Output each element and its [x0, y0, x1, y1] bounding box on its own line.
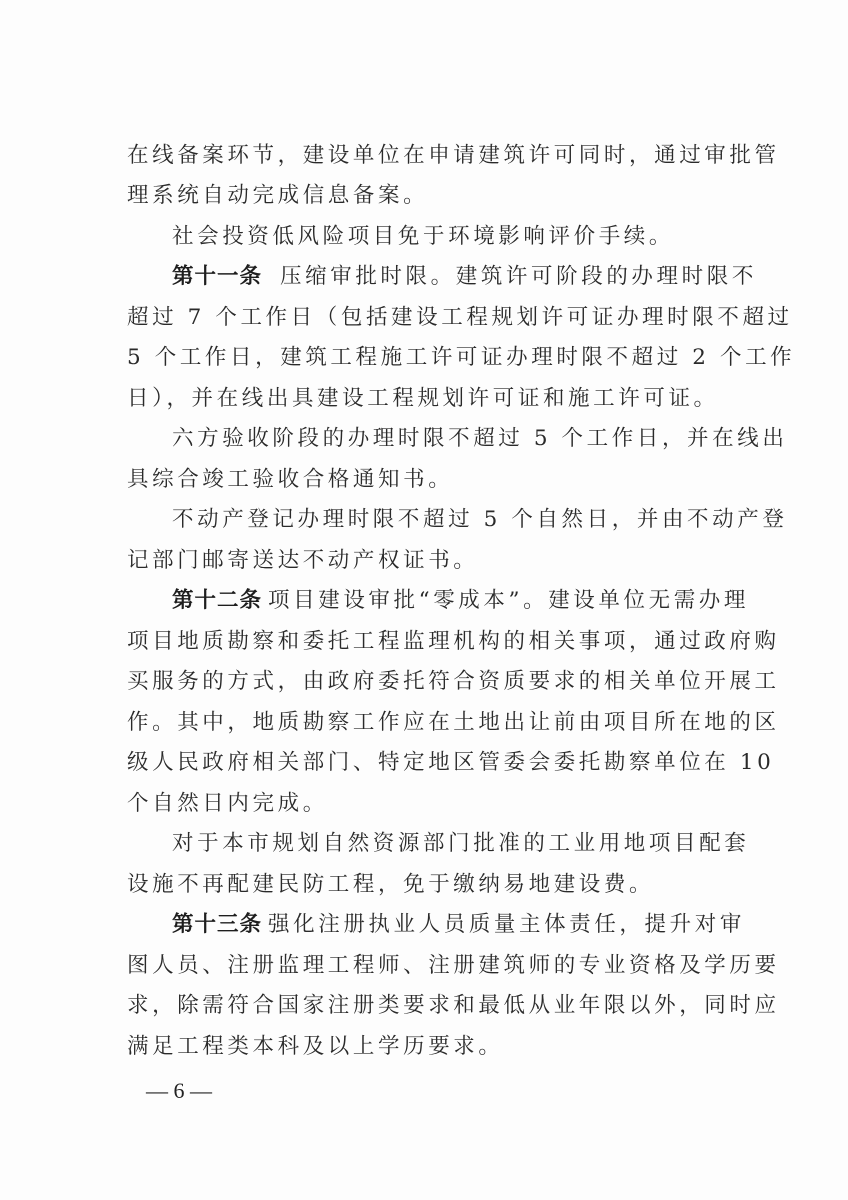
text-line: 在线备案环节，建设单位在申请建筑许可同时，通过审批管 — [127, 141, 727, 171]
article-12-line: 第十二条项目建设审批“零成本”。建设单位无需办理 — [172, 586, 772, 616]
text-span: 压缩审批时限。建筑许可阶段的办理时限不 — [280, 264, 757, 289]
text-line: 不动产登记办理时限不超过 5 个自然日，并由不动产登 — [172, 505, 772, 535]
article-13-line: 第十三条强化注册执业人员质量主体责任，提升对审 — [172, 910, 772, 940]
text-line: 买服务的方式，由政府委托符合资质要求的相关单位开展工 — [127, 667, 727, 697]
text-line: 社会投资低风险项目免于环境影响评价手续。 — [172, 222, 772, 252]
text-line: 个自然日内完成。 — [127, 789, 727, 819]
text-line: 项目地质勘察和委托工程监理机构的相关事项，通过政府购 — [127, 627, 727, 657]
text-line: 日），并在线出具建设工程规划许可证和施工许可证。 — [127, 384, 727, 414]
document-page: 在线备案环节，建设单位在申请建筑许可同时，通过审批管 理系统自动完成信息备案。 … — [0, 0, 848, 1200]
text-line: 六方验收阶段的办理时限不超过 5 个工作日，并在线出 — [172, 424, 772, 454]
text-line: 求，除需符合国家注册类要求和最低从业年限以外，同时应 — [127, 991, 727, 1021]
article-heading-13: 第十三条 — [172, 912, 262, 937]
text-span: 项目建设审批“零成本”。建设单位无需办理 — [268, 588, 749, 613]
text-line: 作。其中，地质勘察工作应在土地出让前由项目所在地的区 — [127, 708, 727, 738]
text-line: 对于本市规划自然资源部门批准的工业用地项目配套 — [172, 829, 772, 859]
text-line: 级人民政府相关部门、特定地区管委会委托勘察单位在 10 — [127, 748, 727, 778]
text-line: 满足工程类本科及以上学历要求。 — [127, 1032, 727, 1062]
article-heading-11: 第十一条 — [172, 264, 262, 289]
text-line: 理系统自动完成信息备案。 — [127, 181, 727, 211]
article-heading-12: 第十二条 — [172, 588, 262, 613]
text-line: 超过 7 个工作日（包括建设工程规划许可证办理时限不超过 — [127, 303, 727, 333]
text-span: 强化注册执业人员质量主体责任，提升对审 — [268, 912, 745, 937]
article-11-line: 第十一条压缩审批时限。建筑许可阶段的办理时限不 — [172, 262, 772, 292]
text-line: 5 个工作日，建筑工程施工许可证办理时限不超过 2 个工作 — [127, 343, 727, 373]
text-line: 记部门邮寄送达不动产权证书。 — [127, 546, 727, 576]
text-line: 图人员、注册监理工程师、注册建筑师的专业资格及学历要 — [127, 951, 727, 981]
text-line: 设施不再配建民防工程，免于缴纳易地建设费。 — [127, 870, 727, 900]
text-line: 具综合竣工验收合格通知书。 — [127, 465, 727, 495]
page-number: — 6 — — [146, 1076, 212, 1106]
